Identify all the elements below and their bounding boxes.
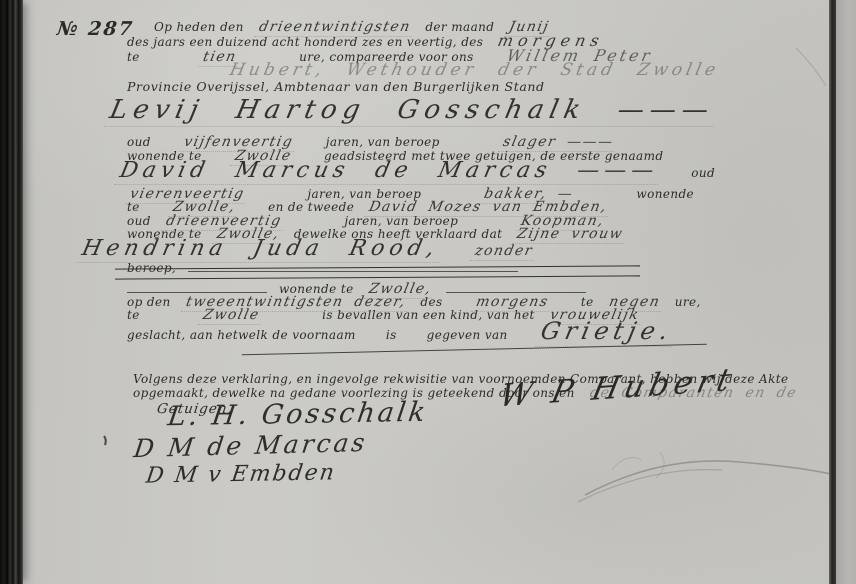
handwritten-text: David Marcus de Marcas ——— [114,158,664,185]
act-line-18: op dentweeentwintigsten dezer,desmorgens… [127,291,737,304]
act-line-13: wonende teZwolle,dewelke ons heeft verkl… [127,223,737,236]
act-line-19: teZwolleis bevallen van een kind, van he… [127,304,737,317]
act-line-15: beroep, [127,257,737,267]
act-line-5: Provincie Overijssel, Ambtenaar van den … [127,76,737,93]
act-line-11: teZwolle,en de tweedeDavid Mozes van Emb… [127,196,737,210]
printed-text: oud [691,166,715,180]
adjacent-page-strip [836,0,856,584]
act-line-4: Hubert, Wethouder der Stad Zwolle [227,60,737,76]
act-line-12: ouddrieenveertigjaren, van beroepKoopman… [127,210,737,223]
record-number: № 287 [56,18,135,40]
printed-text: te [127,50,140,64]
signature-declarant: L. H. Gosschalk [166,397,430,433]
book-binding-band [0,0,23,584]
act-line-9: David Marcus de Marcas ———oud [117,158,737,183]
handwritten-text: Levij Hartog Gosschalk ——— [104,95,721,127]
printed-text: gegeven van [427,328,508,342]
printed-text: Provincie Overijssel, Ambtenaar van den … [127,79,545,94]
act-line-20: geslacht, aan hetwelk de voornaamisgegev… [127,317,737,340]
act-line-17: wonende teZwolle, [127,278,737,291]
handwritten-text: Grietje. [534,317,678,347]
act-line-6: Levij Hartog Gosschalk ——— [107,93,737,131]
signature-witness2: D M v Embden [144,460,337,488]
act-line-8: wonende teZwollegeadsisteerd met twee ge… [127,145,737,158]
printed-text: geslacht, aan hetwelk de voornaam [127,328,356,342]
act-line-1: Op heden dendrieentwintigstender maandJu… [154,16,737,31]
act-line-7: oudvijfenveertigjaren, van beroepslager … [127,131,737,145]
printed-text: is [386,328,397,342]
act-line-10: vierenveertigjaren, van beroepbakker, —w… [127,183,737,196]
signature-witness1: D M de Marcas [132,428,369,463]
act-body: Op heden dendrieentwintigstender maandJu… [127,16,737,412]
act-line-3: tetienure, compareerde voor onsWillem Pe… [127,46,737,60]
scanned-birth-certificate: № 287 Op heden dendrieentwintigstender m… [0,0,856,584]
act-line-14: Hendrina Juda Rood,zonder [79,236,737,257]
act-line-2: des jaars een duizend acht honderd zes e… [127,31,737,46]
page-edge-line [829,0,836,584]
